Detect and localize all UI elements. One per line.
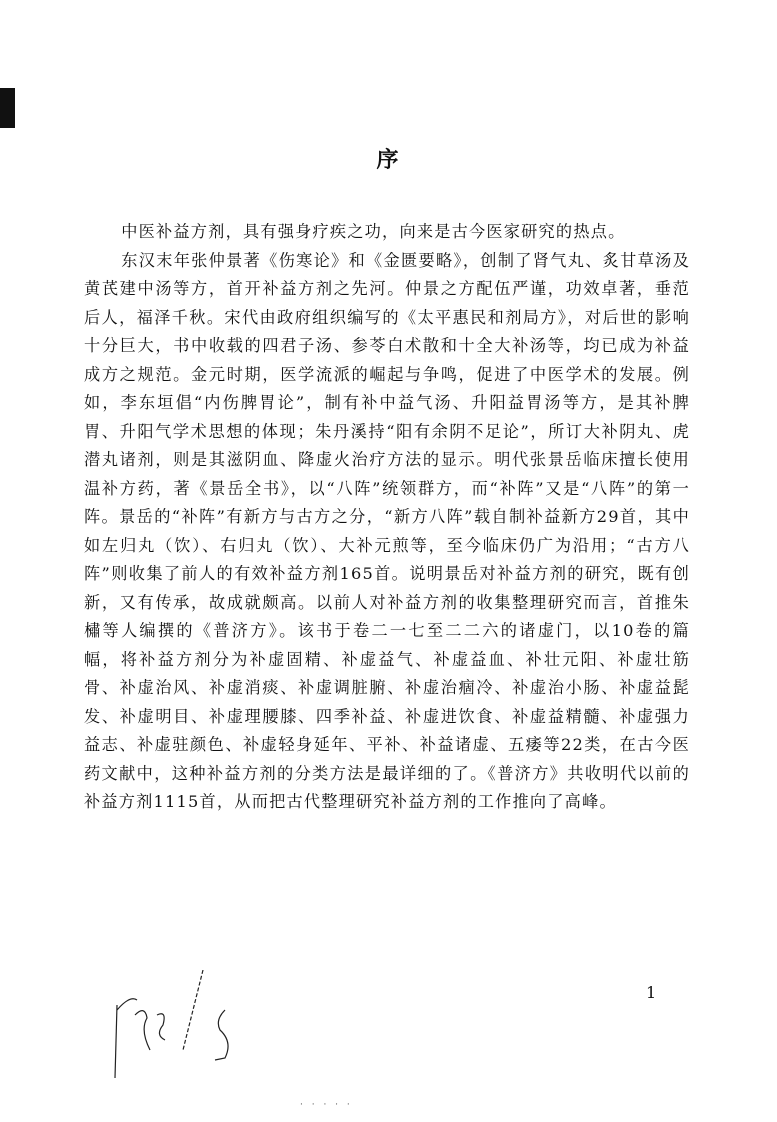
preface-body: 中医补益方剂，具有强身疗疾之功，向来是古今医家研究的热点。 东汉末年张仲景著《伤… (84, 218, 690, 817)
handwritten-annotation (75, 970, 235, 1080)
paragraph: 东汉末年张仲景著《伤寒论》和《金匮要略》，创制了肾气丸、炙甘草汤及黄芪建中汤等方… (84, 247, 690, 817)
page-number: 1 (646, 983, 656, 1002)
paragraph: 中医补益方剂，具有强身疗疾之功，向来是古今医家研究的热点。 (84, 218, 690, 247)
scan-edge-mark (0, 88, 15, 128)
scan-noise: · · · · · (300, 1100, 353, 1110)
page-title: 序 (0, 143, 777, 174)
